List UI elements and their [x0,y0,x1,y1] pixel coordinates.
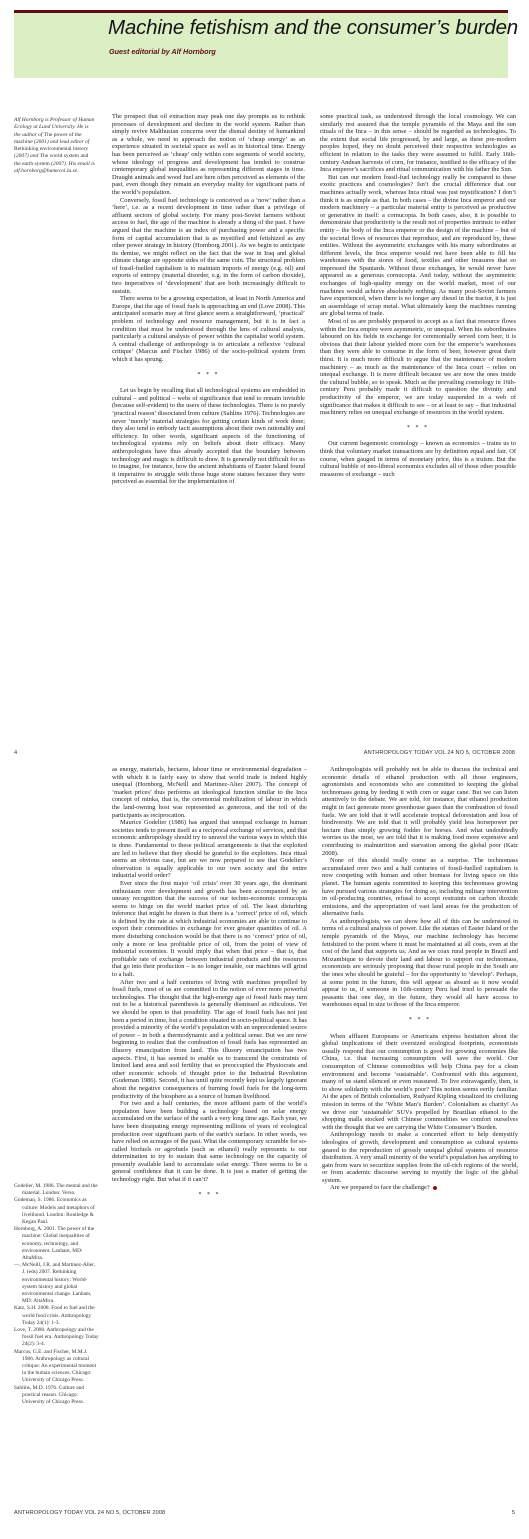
paragraph: When affluent Europeans or Americans exp… [322,1033,518,1132]
closing-paragraph: Are we prepared to face the challenge? [322,1184,518,1192]
page-number: 5 [512,1510,515,1516]
end-mark-icon [433,1186,437,1190]
page-number: 4 [14,750,17,756]
paragraph: Our current hegemonic cosmology – known … [320,440,516,478]
page5-column-1: as energy, materials, hectares, labour t… [112,766,307,1516]
paragraph: Conversely, fossil fuel technology is co… [112,197,305,296]
reference-item: Gudeman, S. 1986. Economics as culture: … [14,1197,99,1226]
section-break: * * * [320,425,516,433]
paragraph: Ever since the first major ‘oil crisis’ … [112,880,307,979]
reference-item: Love, T. 2008. Anthropology and the foss… [14,1327,99,1349]
page4-column-2: some practical task, as understood throu… [320,113,516,743]
page5-column-2: Anthropologists will probably not be abl… [322,766,518,1516]
author-note: Alf Hornborg is Professor of Human Ecolo… [14,117,96,175]
reference-item: Sahlins, M.D. 1976. Culture and practica… [14,1385,99,1407]
paragraph: The prospect that oil extraction may pea… [112,113,305,197]
reference-item: Katz, S.H. 2008. Food to fuel and the wo… [14,1305,99,1327]
reference-item: —, McNeill, J.R. and Martinez-Alier, J. … [14,1262,99,1305]
paragraph: After two and a half centuries of living… [112,979,307,1101]
paragraph: Maurice Godelier (1986) has argued that … [112,819,307,880]
paragraph: For two and a half centuries, the more a… [112,1100,307,1184]
page4-column-1: The prospect that oil extraction may pea… [112,113,305,743]
paragraph: None of this should really come as a sur… [322,857,518,918]
paragraph: But can our modern fossil-fuel technolog… [320,174,516,318]
section-break: * * * [112,372,305,380]
section-break: * * * [112,1192,307,1200]
paragraph: Anthropology needs to make a concerted e… [322,1131,518,1184]
article-header: Machine fetishism and the consumer’s bur… [14,10,508,78]
page-4: Machine fetishism and the consumer’s bur… [0,0,529,760]
paragraph: As anthropologists, we can show how all … [322,918,518,1009]
section-break: * * * [322,1017,518,1025]
references-list: Godelier, M. 1986. The mental and the ma… [14,1183,99,1406]
reference-item: Hornborg, A. 2001. The power of the mach… [14,1226,99,1262]
paragraph: some practical task, as understood throu… [320,113,516,174]
article-byline: Guest editorial by Alf Hornborg [109,47,216,56]
reference-item: Marcus, G.E. and Fischer, M.M.J. 1986. A… [14,1349,99,1385]
page-5: as energy, materials, hectares, labour t… [0,760,529,1539]
paragraph: There seems to be a growing expectation,… [112,295,305,363]
running-head: ANTHROPOLOGY TODAY VOL 24 NO 5, OCTOBER … [364,750,515,756]
paragraph: as energy, materials, hectares, labour t… [112,766,307,819]
paragraph: Anthropologists will probably not be abl… [322,766,518,857]
reference-item: Godelier, M. 1986. The mental and the ma… [14,1183,99,1197]
article-title: Machine fetishism and the consumer’s bur… [108,16,518,40]
paragraph: Let us begin by recalling that all techn… [112,387,305,486]
paragraph: Most of us are probably prepared to acce… [320,318,516,417]
running-head: ANTHROPOLOGY TODAY VOL 24 NO 5, OCTOBER … [14,1510,165,1516]
